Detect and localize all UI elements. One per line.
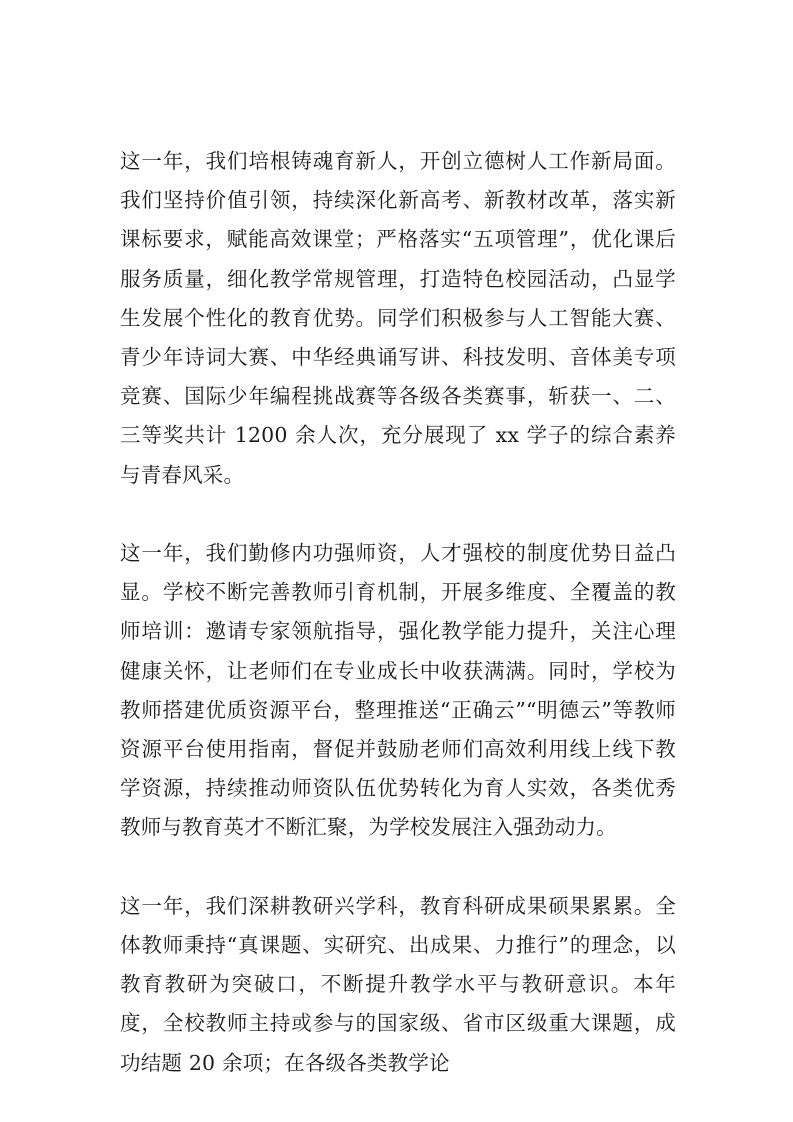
document-page: 这一年，我们培根铸魂育新人，开创立德树人工作新局面。我们坚持价值引领，持续深化新… bbox=[120, 142, 676, 1122]
paragraph-teacher-development: 这一年，我们勤修内功强师资，人才强校的制度优势日益凸显。学校不断完善教师引育机制… bbox=[120, 534, 676, 848]
paragraph-student-achievements: 这一年，我们培根铸魂育新人，开创立德树人工作新局面。我们坚持价值引领，持续深化新… bbox=[120, 142, 676, 495]
paragraph-research-achievements: 这一年，我们深耕教研兴学科，教育科研成果硕果累累。全体教师秉持“真课题、实研究、… bbox=[120, 887, 676, 1083]
